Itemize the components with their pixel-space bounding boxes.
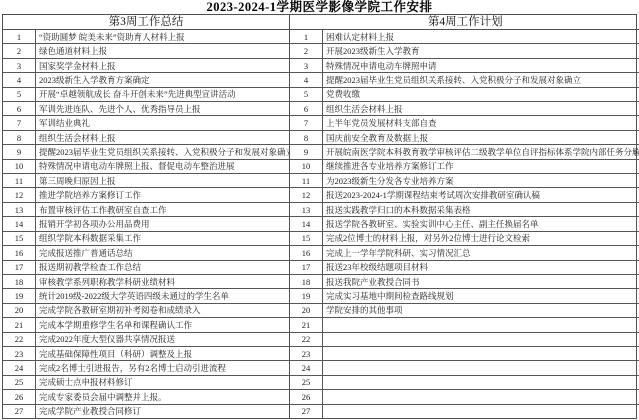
row-number: 8: [3, 131, 36, 144]
row-task: 军训结业典礼: [36, 116, 289, 129]
row-task: [323, 318, 639, 331]
table-row: 26: [290, 390, 639, 404]
row-number: 23: [290, 347, 323, 360]
row-task: 第三周晚归原因上报: [36, 174, 289, 187]
table-row: 5开展“卓越领航成长 奋斗开创未来”先进典型宣讲活动: [3, 88, 289, 102]
row-number: 27: [3, 405, 36, 418]
table-row: 16完成上一学年学院科研、实习情况汇总: [290, 246, 639, 260]
row-task: 完成学院产业教授合同修订: [36, 405, 289, 418]
week4-plan-rows: 1困难认定材料上报2开展2023级新生入学教育3特殊情况申请电动车牌照申请4提醒…: [290, 30, 639, 418]
table-row: 14报送学院各教研室、实验实训中心主任、副主任换届名单: [290, 217, 639, 231]
row-number: 13: [3, 203, 36, 216]
week3-summary-section: 第3周工作总结 1“资助圆梦 皖美未来”资助育人材料上报2绿色通道材料上报3国家…: [3, 15, 290, 418]
table-row: 10继续推进各专业培养方案修订工作: [290, 160, 639, 174]
row-number: 24: [290, 361, 323, 374]
row-task: 军训先进连队、先进个人、优秀指导员上报: [36, 102, 289, 115]
row-number: 23: [3, 347, 36, 360]
table-row: 27: [290, 405, 639, 418]
row-number: 22: [3, 333, 36, 346]
row-task: 党费收缴: [323, 88, 639, 101]
row-number: 16: [290, 246, 323, 259]
row-number: 22: [290, 333, 323, 346]
row-task: 开展皖南医学院本科教育教学审核评估二级教学单位自评指标体系学院内部任务分解: [323, 145, 639, 158]
table-row: 2绿色通道材料上报: [3, 44, 289, 58]
row-task: 报送我院产业教授合同书: [323, 275, 639, 288]
table-row: 42023级新生入学教育方案确定: [3, 73, 289, 87]
table-row: 1“资助圆梦 皖美未来”资助育人材料上报: [3, 30, 289, 44]
table-row: 23完成基础保障性项目（科研）调整及上报: [3, 347, 289, 361]
row-number: 11: [3, 174, 36, 187]
row-number: 18: [290, 275, 323, 288]
week4-plan-section: 第4周工作计划 1困难认定材料上报2开展2023级新生入学教育3特殊情况申请电动…: [290, 15, 639, 418]
table-row: 21完成本学期重修学生名单和课程确认工作: [3, 318, 289, 332]
table-row: 3特殊情况申请电动车牌照申请: [290, 59, 639, 73]
table-row: 17报送期初教学检查工作总结: [3, 261, 289, 275]
table-row: 9提醒2023届毕业生党员组织关系接转、入党积极分子和发展对象确立: [3, 145, 289, 159]
row-number: 27: [290, 405, 323, 418]
table-row: 15完成2位博士的材料上报，对另外2位博士进行论文检索: [290, 232, 639, 246]
table-row: 5党费收缴: [290, 88, 639, 102]
work-schedule-document: 2023-2024-1学期医学影像学院工作安排 第3周工作总结 1“资助圆梦 皖…: [0, 0, 639, 420]
table-row: 15组织学院本科数据采集工作: [3, 232, 289, 246]
row-task: [323, 347, 639, 360]
table-row: 10特殊情况申请电动车牌照上报、督促电动车整治进展: [3, 160, 289, 174]
row-task: 组织生活会材料上报: [36, 131, 289, 144]
row-task: 报送23年校级结题项目材料: [323, 261, 639, 274]
row-number: 1: [290, 30, 323, 43]
row-number: 20: [290, 304, 323, 317]
row-number: 18: [3, 275, 36, 288]
row-task: “资助圆梦 皖美未来”资助育人材料上报: [36, 30, 289, 43]
row-task: 学院安排的其他事项: [323, 304, 639, 317]
page-title: 2023-2024-1学期医学影像学院工作安排: [0, 0, 639, 14]
table-row: 4提醒2023届毕业生党员组织关系接转、入党积极分子和发展对象确立: [290, 73, 639, 87]
row-number: 12: [290, 188, 323, 201]
row-number: 14: [290, 217, 323, 230]
row-number: 6: [290, 102, 323, 115]
row-number: 16: [3, 246, 36, 259]
table-row: 16完成报送推广普通话总结: [3, 246, 289, 260]
row-number: 24: [3, 361, 36, 374]
row-task: 开展“卓越领航成长 奋斗开创未来”先进典型宣讲活动: [36, 88, 289, 101]
table-row: 8国庆前安全教育及数据上报: [290, 131, 639, 145]
row-number: 21: [290, 318, 323, 331]
table-row: 19完成实习基地中期间检查路线规划: [290, 289, 639, 303]
table-row: 24: [290, 361, 639, 375]
table-row: 7军训结业典礼: [3, 116, 289, 130]
row-number: 5: [3, 88, 36, 101]
row-task: 绿色通道材料上报: [36, 44, 289, 57]
table-row: 1困难认定材料上报: [290, 30, 639, 44]
table-row: 14报销开学初各项办公用品费用: [3, 217, 289, 231]
row-number: 25: [3, 376, 36, 389]
row-task: [323, 376, 639, 389]
row-number: 14: [3, 217, 36, 230]
table-row: 25完成硕士点申报材料修订: [3, 376, 289, 390]
row-task: 报送学院各教研室、实验实训中心主任、副主任换届名单: [323, 217, 639, 230]
row-number: 9: [290, 145, 323, 158]
table-row: 8组织生活会材料上报: [3, 131, 289, 145]
table-row: 12推进学院培养方案修订工作: [3, 188, 289, 202]
table-row: 24完成2名博士引进报告，另有2名博士启动引进流程: [3, 361, 289, 375]
row-number: 26: [290, 390, 323, 403]
table-row: 20学院安排的其他事项: [290, 304, 639, 318]
row-task: 组织生活会材料上报: [323, 102, 639, 115]
week3-summary-header: 第3周工作总结: [3, 15, 289, 30]
table-row: 3国家奖学金材料上报: [3, 59, 289, 73]
table-row: 22: [290, 333, 639, 347]
table-row: 11为2023级新生分发各专业培养方案: [290, 174, 639, 188]
table-row: 25: [290, 376, 639, 390]
row-task: 完成硕士点申报材料修订: [36, 376, 289, 389]
table-row: 13布置审核评估工作教研室自查工作: [3, 203, 289, 217]
table-row: 17报送23年校级结题项目材料: [290, 261, 639, 275]
row-number: 17: [3, 261, 36, 274]
row-number: 5: [290, 88, 323, 101]
row-task: 完成基础保障性项目（科研）调整及上报: [36, 347, 289, 360]
table-row: 12报送2023-2024-1学期课程结束考试周次安排教研室确认稿: [290, 188, 639, 202]
table-row: 7上半年党员发展材料支部自查: [290, 116, 639, 130]
week3-summary-rows: 1“资助圆梦 皖美未来”资助育人材料上报2绿色通道材料上报3国家奖学金材料上报4…: [3, 30, 289, 418]
row-number: 2: [3, 44, 36, 57]
table-row: 19统计2019级-2022级大学英语四级未通过的学生名单: [3, 289, 289, 303]
row-task: 完成上一学年学院科研、实习情况汇总: [323, 246, 639, 259]
row-task: 提醒2023届毕业生党员组织关系接转、入党积极分子和发展对象确立: [323, 73, 639, 86]
table-row: 9开展皖南医学院本科教育教学审核评估二级教学单位自评指标体系学院内部任务分解: [290, 145, 639, 159]
table-row: 26完成专家委员会届中调整并上报。: [3, 390, 289, 404]
row-number: 26: [3, 390, 36, 403]
row-task: 推进学院培养方案修订工作: [36, 188, 289, 201]
row-number: 7: [290, 116, 323, 129]
table-row: 2开展2023级新生入学教育: [290, 44, 639, 58]
row-task: 2023级新生入学教育方案确定: [36, 73, 289, 86]
row-task: 完成2位博士的材料上报，对另外2位博士进行论文检索: [323, 232, 639, 245]
row-task: 国家奖学金材料上报: [36, 59, 289, 72]
table-row: 11第三周晚归原因上报: [3, 174, 289, 188]
row-task: 困难认定材料上报: [323, 30, 639, 43]
row-task: 报销开学初各项办公用品费用: [36, 217, 289, 230]
row-task: 组织学院本科数据采集工作: [36, 232, 289, 245]
row-task: [323, 390, 639, 403]
work-table: 第3周工作总结 1“资助圆梦 皖美未来”资助育人材料上报2绿色通道材料上报3国家…: [2, 14, 637, 419]
row-number: 2: [290, 44, 323, 57]
row-task: 为2023级新生分发各专业培养方案: [323, 174, 639, 187]
row-number: 21: [3, 318, 36, 331]
table-row: 18报送我院产业教授合同书: [290, 275, 639, 289]
row-number: 19: [3, 289, 36, 302]
row-task: 完成实习基地中期间检查路线规划: [323, 289, 639, 302]
row-task: [323, 405, 639, 418]
row-task: 国庆前安全教育及数据上报: [323, 131, 639, 144]
row-task: 完成学院各教研室期初补考阅卷和成绩录入: [36, 304, 289, 317]
row-task: 继续推进各专业培养方案修订工作: [323, 160, 639, 173]
row-number: 17: [290, 261, 323, 274]
row-task: 特殊情况申请电动车牌照上报、督促电动车整治进展: [36, 160, 289, 173]
row-task: 开展2023级新生入学教育: [323, 44, 639, 57]
table-row: 6组织生活会材料上报: [290, 102, 639, 116]
row-number: 15: [3, 232, 36, 245]
row-task: 布置审核评估工作教研室自查工作: [36, 203, 289, 216]
row-number: 13: [290, 203, 323, 216]
row-number: 9: [3, 145, 36, 158]
row-number: 10: [3, 160, 36, 173]
row-task: 完成2022年度大型仪器共享情况报送: [36, 333, 289, 346]
row-number: 10: [290, 160, 323, 173]
row-task: 上半年党员发展材料支部自查: [323, 116, 639, 129]
row-number: 20: [3, 304, 36, 317]
row-task: 提醒2023届毕业生党员组织关系接转、入党积极分子和发展对象确立: [36, 145, 289, 158]
row-task: 完成本学期重修学生名单和课程确认工作: [36, 318, 289, 331]
row-number: 11: [290, 174, 323, 187]
row-number: 3: [3, 59, 36, 72]
table-row: 6军训先进连队、先进个人、优秀指导员上报: [3, 102, 289, 116]
table-row: 21: [290, 318, 639, 332]
row-number: 12: [3, 188, 36, 201]
week4-plan-header: 第4周工作计划: [290, 15, 639, 30]
table-row: 20完成学院各教研室期初补考阅卷和成绩录入: [3, 304, 289, 318]
table-row: 27完成学院产业教授合同修订: [3, 405, 289, 418]
row-task: 完成专家委员会届中调整并上报。: [36, 390, 289, 403]
row-task: 报送2023-2024-1学期课程结束考试周次安排教研室确认稿: [323, 188, 639, 201]
row-number: 1: [3, 30, 36, 43]
row-task: [323, 333, 639, 346]
row-task: 统计2019级-2022级大学英语四级未通过的学生名单: [36, 289, 289, 302]
row-number: 15: [290, 232, 323, 245]
row-number: 19: [290, 289, 323, 302]
row-number: 6: [3, 102, 36, 115]
table-row: 18审核教学系列职称教学科研业绩材料: [3, 275, 289, 289]
row-task: 特殊情况申请电动车牌照申请: [323, 59, 639, 72]
row-number: 7: [3, 116, 36, 129]
row-number: 4: [3, 73, 36, 86]
row-number: 3: [290, 59, 323, 72]
table-row: 22完成2022年度大型仪器共享情况报送: [3, 333, 289, 347]
row-task: [323, 361, 639, 374]
table-row: 13报送实践教学归口的本科数据采集表格: [290, 203, 639, 217]
row-number: 4: [290, 73, 323, 86]
table-row: 23: [290, 347, 639, 361]
row-number: 25: [290, 376, 323, 389]
row-task: 报送期初教学检查工作总结: [36, 261, 289, 274]
row-task: 完成2名博士引进报告，另有2名博士启动引进流程: [36, 361, 289, 374]
row-number: 8: [290, 131, 323, 144]
row-task: 审核教学系列职称教学科研业绩材料: [36, 275, 289, 288]
row-task: 报送实践教学归口的本科数据采集表格: [323, 203, 639, 216]
row-task: 完成报送推广普通话总结: [36, 246, 289, 259]
